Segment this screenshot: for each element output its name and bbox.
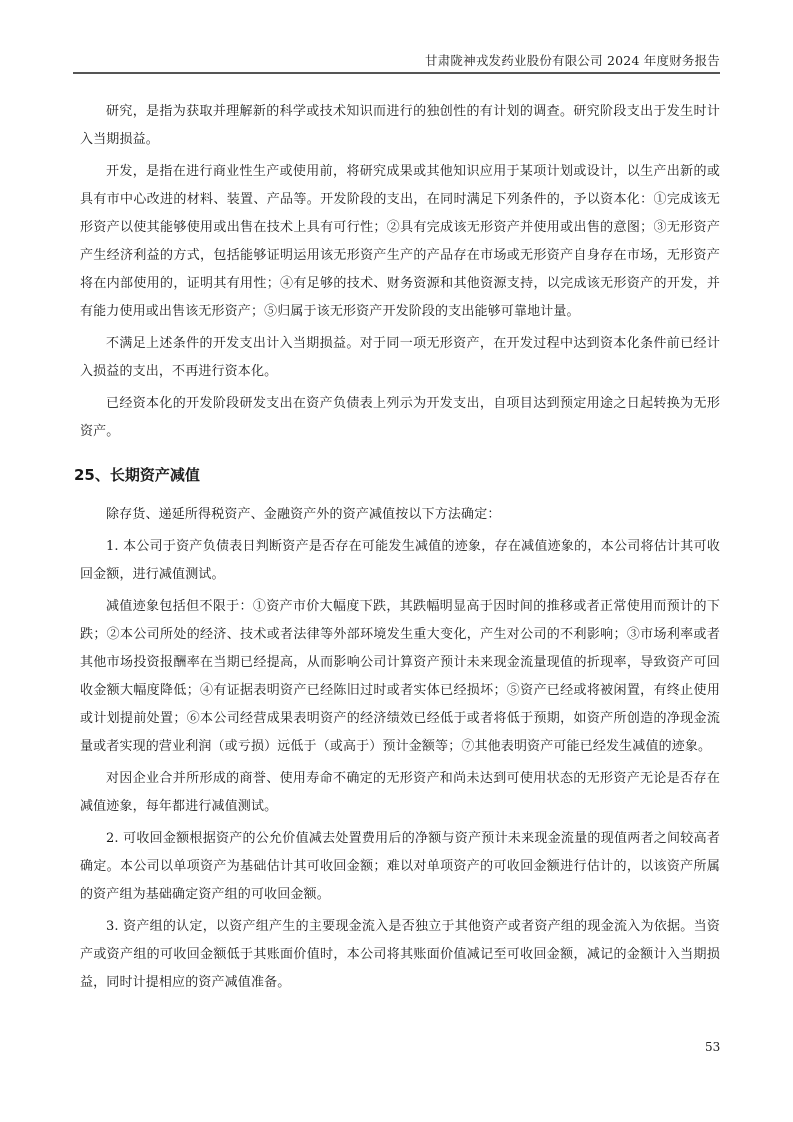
paragraph-development-definition: 开发，是指在进行商业性生产或使用前，将研究成果或其他知识应用于某项计划或设计，以… bbox=[80, 158, 720, 326]
paragraph-research-definition: 研究，是指为获取并理解新的科学或技术知识而进行的独创性的有计划的调查。研究阶段支… bbox=[80, 98, 720, 154]
paragraph-impairment-scope: 除存货、递延所得税资产、金融资产外的资产减值按以下方法确定： bbox=[80, 501, 720, 529]
section-heading-long-term-asset-impairment: 25、长期资产减值 bbox=[74, 464, 720, 485]
page-number: 53 bbox=[705, 1040, 720, 1054]
page-content: 研究，是指为获取并理解新的科学或技术知识而进行的独创性的有计划的调查。研究阶段支… bbox=[80, 98, 720, 1001]
paragraph-impairment-indicators: 减值迹象包括但不限于：①资产市价大幅度下跌，其跌幅明显高于因时间的推移或者正常使… bbox=[80, 593, 720, 761]
paragraph-impairment-item-3: 3. 资产组的认定，以资产组产生的主要现金流入是否独立于其他资产或者资产组的现金… bbox=[80, 913, 720, 997]
report-title: 甘肃陇神戎发药业股份有限公司 2024 年度财务报告 bbox=[425, 51, 720, 69]
page-header: 甘肃陇神戎发药业股份有限公司 2024 年度财务报告 bbox=[73, 50, 720, 74]
paragraph-impairment-item-1: 1. 本公司于资产负债表日判断资产是否存在可能发生减值的迹象，存在减值迹象的，本… bbox=[80, 533, 720, 589]
paragraph-annual-impairment-test: 对因企业合并所形成的商誉、使用寿命不确定的无形资产和尚未达到可使用状态的无形资产… bbox=[80, 765, 720, 821]
paragraph-capitalized-development: 已经资本化的开发阶段研发支出在资产负债表上列示为开发支出，自项目达到预定用途之日… bbox=[80, 390, 720, 446]
paragraph-impairment-item-2: 2. 可收回金额根据资产的公允价值减去处置费用后的净额与资产预计未来现金流量的现… bbox=[80, 825, 720, 909]
paragraph-non-capitalized-expense: 不满足上述条件的开发支出计入当期损益。对于同一项无形资产，在开发过程中达到资本化… bbox=[80, 330, 720, 386]
